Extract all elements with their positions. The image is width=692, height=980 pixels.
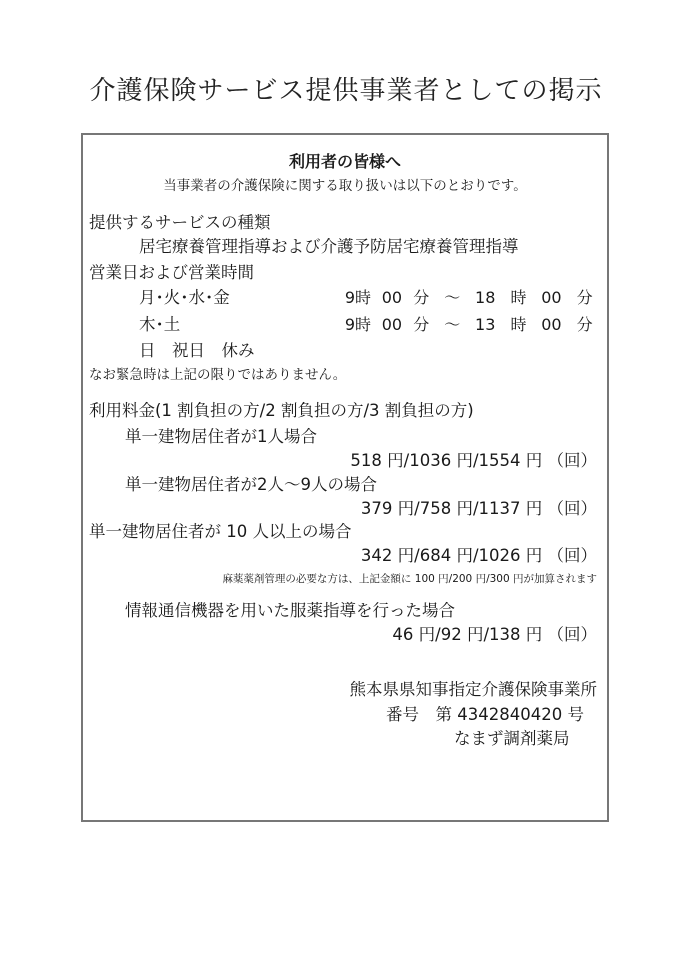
unit-min: 分 bbox=[407, 288, 429, 308]
fee-price-1: 518 円/1036 円/1554 円 （回） bbox=[350, 451, 597, 471]
range-sep: ～ bbox=[434, 288, 460, 308]
fee-case-online: 情報通信機器を用いた服薬指導を行った場合 bbox=[125, 601, 455, 621]
services-label: 提供するサービスの種類 bbox=[89, 213, 271, 233]
provider-number: 番号 第 4342840420 号 bbox=[386, 705, 584, 725]
unit-hour: 時 bbox=[500, 315, 526, 335]
hours-row-1: 9時 00 分 ～ 18 時 00 分 bbox=[341, 288, 593, 308]
end-hour: 13 bbox=[465, 315, 495, 335]
notice-box: 利用者の皆様へ 当事業者の介護保険に関する取り扱いは以下のとおりです。 提供する… bbox=[81, 133, 609, 822]
unit-min: 分 bbox=[407, 315, 429, 335]
provider-name: なまず調剤薬局 bbox=[454, 729, 570, 749]
fee-price-3: 342 円/684 円/1026 円 （回） bbox=[361, 546, 597, 566]
hours-days-1: 月･火･水･金 bbox=[139, 288, 230, 308]
fee-price-2: 379 円/758 円/1137 円 （回） bbox=[361, 499, 597, 519]
start-min: 00 bbox=[376, 315, 402, 335]
fees-label: 利用料金(1 割負担の方/2 割負担の方/3 割負担の方) bbox=[89, 401, 474, 421]
provider-designation: 熊本県県知事指定介護保険事業所 bbox=[350, 680, 598, 700]
hours-row-2: 9時 00 分 ～ 13 時 00 分 bbox=[341, 315, 593, 335]
services-value: 居宅療養管理指導および介護予防居宅療養管理指導 bbox=[139, 237, 519, 257]
fee-price-online: 46 円/92 円/138 円 （回） bbox=[392, 625, 597, 645]
hours-days-2: 木･土 bbox=[139, 315, 180, 335]
notice-intro: 当事業者の介護保険に関する取り扱いは以下のとおりです。 bbox=[83, 176, 607, 196]
fee-case-1: 単一建物居住者が1人場合 bbox=[125, 427, 317, 447]
fee-case-2: 単一建物居住者が2人～9人の場合 bbox=[125, 475, 377, 495]
unit-hour: 時 bbox=[500, 288, 526, 308]
start-hour: 9 bbox=[341, 315, 355, 335]
unit-hour: 時 bbox=[355, 288, 371, 308]
end-hour: 18 bbox=[465, 288, 495, 308]
notice-heading: 利用者の皆様へ bbox=[83, 152, 607, 172]
emergency-note: なお緊急時は上記の限りではありません。 bbox=[89, 365, 346, 385]
end-min: 00 bbox=[532, 288, 562, 308]
narcotics-note: 麻薬薬剤管理の必要な方は、上記金額に 100 円/200 円/300 円が加算さ… bbox=[222, 569, 597, 589]
hours-label: 営業日および営業時間 bbox=[89, 263, 254, 283]
start-min: 00 bbox=[376, 288, 402, 308]
unit-hour: 時 bbox=[355, 315, 371, 335]
fee-case-3: 単一建物居住者が 10 人以上の場合 bbox=[89, 522, 352, 542]
end-min: 00 bbox=[532, 315, 562, 335]
unit-min: 分 bbox=[567, 288, 593, 308]
page-title: 介護保険サービス提供事業者としての掲示 bbox=[0, 70, 692, 107]
hours-closed: 日 祝日 休み bbox=[139, 341, 255, 361]
range-sep: ～ bbox=[434, 315, 460, 335]
unit-min: 分 bbox=[567, 315, 593, 335]
start-hour: 9 bbox=[341, 288, 355, 308]
